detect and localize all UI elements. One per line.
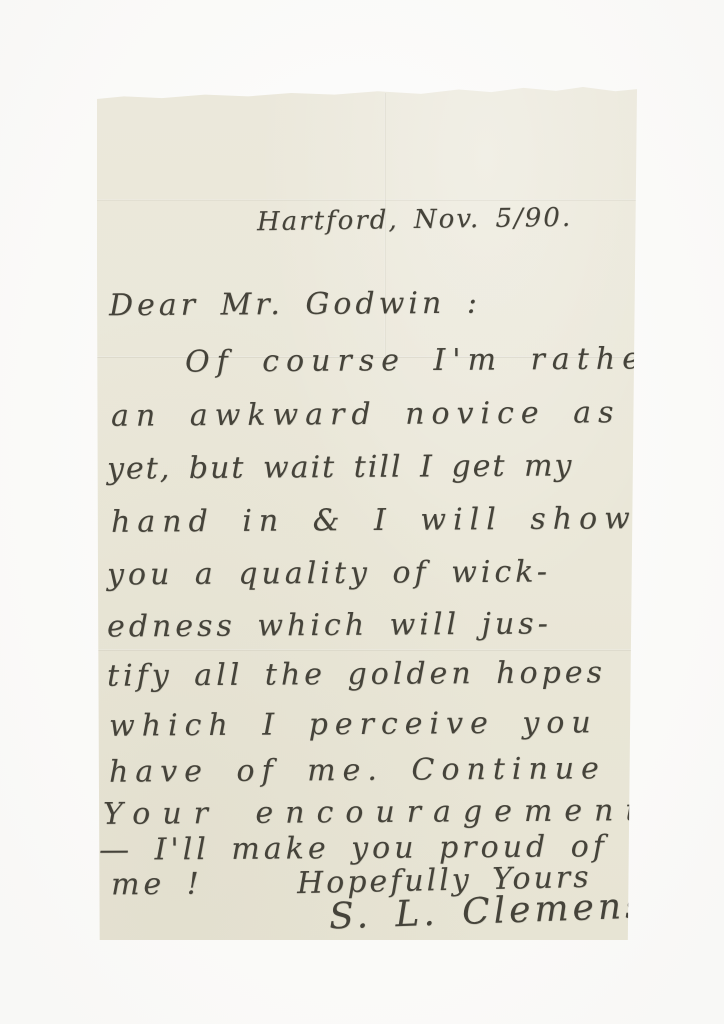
letter-dateline: Hartford, Nov. 5/90. <box>257 203 573 237</box>
letter-body-line: edness which will jus- <box>107 606 552 644</box>
letter-body-line: you a quality of wick- <box>107 554 551 592</box>
letter-salutation: Dear Mr. Godwin : <box>109 286 481 324</box>
letter-body-line: me ! <box>111 867 203 903</box>
fold-crease-horizontal <box>97 199 637 201</box>
letter-body-line: Of course I'm rather <box>185 341 668 379</box>
letter-body-line: yet, but wait till I get my <box>107 448 574 486</box>
letter-paper: Hartford, Nov. 5/90. Dear Mr. Godwin : O… <box>97 87 637 940</box>
letter-body-line: tify all the golden hopes <box>107 655 606 693</box>
letter-body-line: an awkward novice as <box>111 395 621 434</box>
letter-body-line: hand in & I will show <box>111 501 637 540</box>
letter-body-line: which I perceive you <box>109 705 598 743</box>
letter-body-line: have of me. Continue <box>109 751 606 789</box>
letter-body-line: Your encouragement <box>103 793 650 832</box>
photo-stage: Hartford, Nov. 5/90. Dear Mr. Godwin : O… <box>0 0 724 1024</box>
fold-crease-horizontal <box>97 649 637 651</box>
